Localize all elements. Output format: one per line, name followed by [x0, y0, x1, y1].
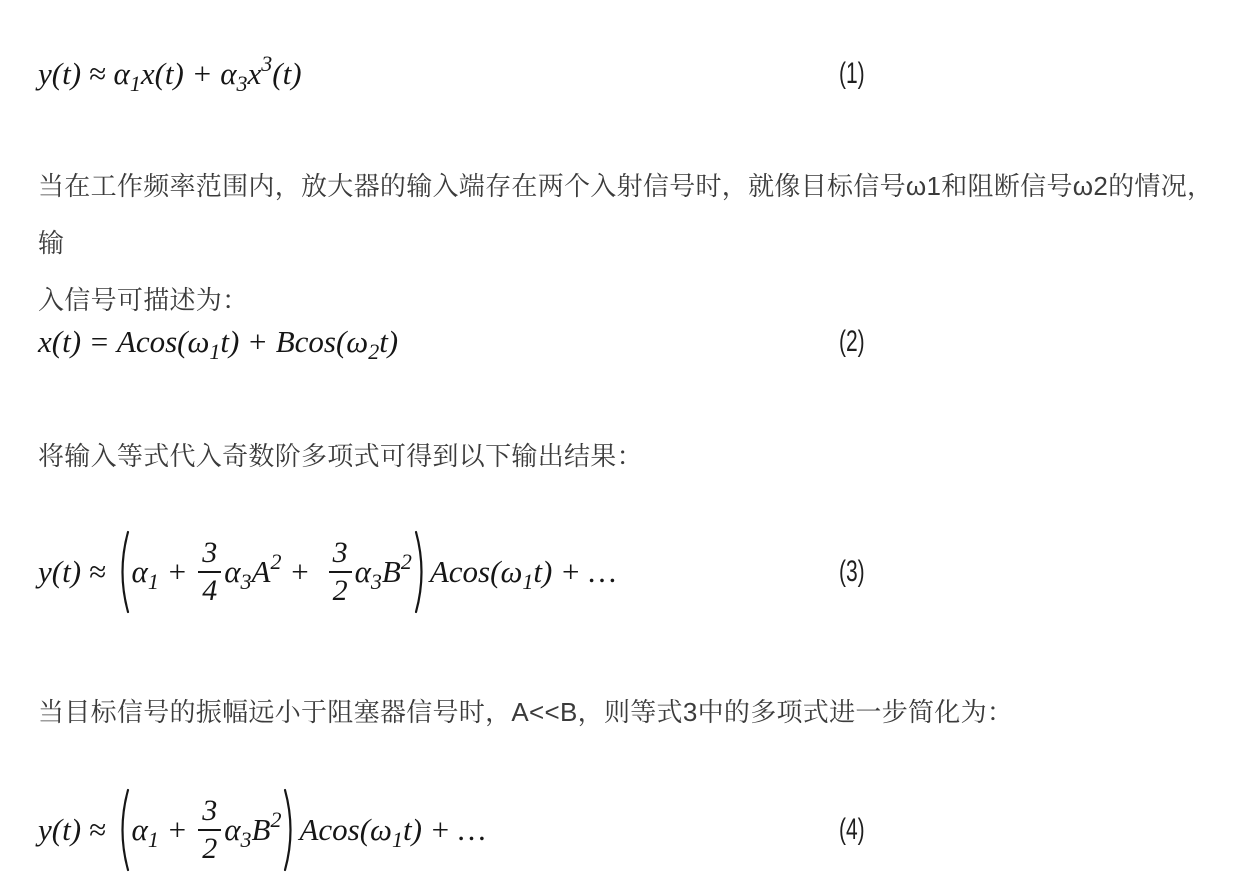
equation-4-term: α — [132, 812, 148, 848]
paragraph-input-signals: 当在工作频率范围内，放大器的输入端存在两个入射信号时，就像目标信号ω1和阻断信号… — [38, 158, 1238, 329]
paragraph-line: 将输入等式代入奇数阶多项式可得到以下输出结果： — [38, 428, 1238, 485]
subscript: 2 — [368, 339, 379, 365]
left-paren-icon — [115, 787, 131, 873]
subscript: 3 — [237, 71, 248, 97]
fraction-numerator: 3 — [198, 794, 221, 831]
equation-4-term: Acos(ω — [299, 812, 391, 848]
fraction-denominator: 2 — [329, 573, 352, 608]
equation-1-number: (1) — [839, 57, 865, 91]
equation-2-term: t) + Bcos(ω — [220, 324, 368, 360]
right-paren-icon — [282, 787, 298, 873]
right-paren-icon — [413, 529, 429, 615]
subscript: 3 — [371, 569, 382, 595]
paragraph-line: 当目标信号的振幅远小于阻塞器信号时，A<<B，则等式3中的多项式进一步简化为： — [38, 684, 1238, 741]
fraction-denominator: 2 — [198, 831, 221, 866]
equation-1-term: y(t) ≈ α — [38, 56, 130, 92]
equation-3-term: y(t) ≈ — [38, 554, 114, 590]
equation-3-term: Acos(ω — [430, 554, 522, 590]
subscript: 1 — [130, 71, 141, 97]
equation-1-formula: y(t) ≈ α 1 x(t) + α 3 x 3 (t) — [38, 56, 302, 92]
equation-2: x(t) = Acos(ω 1 t) + Bcos(ω 2 t) (2) — [38, 312, 865, 372]
equation-4-term: t) + … — [403, 812, 486, 848]
fraction-numerator: 3 — [329, 536, 352, 573]
equation-3: y(t) ≈ α 1 + 3 4 α 3 A 2 + 3 2 α 3 B 2 A… — [38, 527, 865, 617]
equation-3-term: α — [132, 554, 148, 590]
equation-2-term: x(t) = Acos(ω — [38, 324, 209, 360]
fraction: 3 2 — [329, 536, 352, 608]
equation-3-term: B — [382, 554, 401, 590]
equation-2-term: t) — [379, 324, 398, 360]
equation-4-term: + — [159, 812, 195, 848]
subscript: 1 — [392, 827, 403, 853]
equation-1-term: x — [248, 56, 262, 92]
subscript: 3 — [241, 569, 252, 595]
equation-4-term: B — [252, 812, 271, 848]
equation-3-formula: y(t) ≈ α 1 + 3 4 α 3 A 2 + 3 2 α 3 B 2 A… — [38, 529, 616, 615]
subscript: 3 — [241, 827, 252, 853]
subscript: 1 — [148, 569, 159, 595]
superscript: 2 — [270, 807, 281, 833]
subscript: 1 — [209, 339, 220, 365]
equation-3-term: t) + … — [533, 554, 616, 590]
fraction-numerator: 3 — [198, 536, 221, 573]
subscript: 1 — [148, 827, 159, 853]
paragraph-simplification: 当目标信号的振幅远小于阻塞器信号时，A<<B，则等式3中的多项式进一步简化为： — [38, 684, 1238, 741]
equation-4-term: α — [224, 812, 240, 848]
equation-4-number: (4) — [839, 813, 865, 847]
equation-3-number: (3) — [839, 555, 865, 589]
equation-3-term: + — [281, 554, 325, 590]
fraction-denominator: 4 — [198, 573, 221, 608]
equation-4-term: y(t) ≈ — [38, 812, 114, 848]
equation-4: y(t) ≈ α 1 + 3 2 α 3 B 2 Acos(ω 1 t) + …… — [38, 785, 865, 875]
equation-3-term: + — [159, 554, 195, 590]
equation-1-term: x(t) + α — [141, 56, 237, 92]
subscript: 1 — [522, 569, 533, 595]
superscript: 3 — [261, 51, 272, 77]
superscript: 2 — [270, 549, 281, 575]
equation-1-term: (t) — [272, 56, 301, 92]
equation-4-formula: y(t) ≈ α 1 + 3 2 α 3 B 2 Acos(ω 1 t) + … — [38, 787, 486, 873]
paragraph-line: 当在工作频率范围内，放大器的输入端存在两个入射信号时，就像目标信号ω1和阻断信号… — [38, 158, 1238, 272]
left-paren-icon — [115, 529, 131, 615]
fraction: 3 2 — [198, 794, 221, 866]
equation-3-term: A — [252, 554, 271, 590]
equation-1: y(t) ≈ α 1 x(t) + α 3 x 3 (t) (1) — [38, 44, 865, 104]
paragraph-odd-order-polynomial: 将输入等式代入奇数阶多项式可得到以下输出结果： — [38, 428, 1238, 485]
equation-2-number: (2) — [839, 325, 865, 359]
equation-3-term: α — [355, 554, 371, 590]
superscript: 2 — [401, 549, 412, 575]
fraction: 3 4 — [198, 536, 221, 608]
equation-3-term: α — [224, 554, 240, 590]
document-page: y(t) ≈ α 1 x(t) + α 3 x 3 (t) (1) 当在工作频率… — [0, 0, 1246, 880]
equation-2-formula: x(t) = Acos(ω 1 t) + Bcos(ω 2 t) — [38, 324, 398, 360]
